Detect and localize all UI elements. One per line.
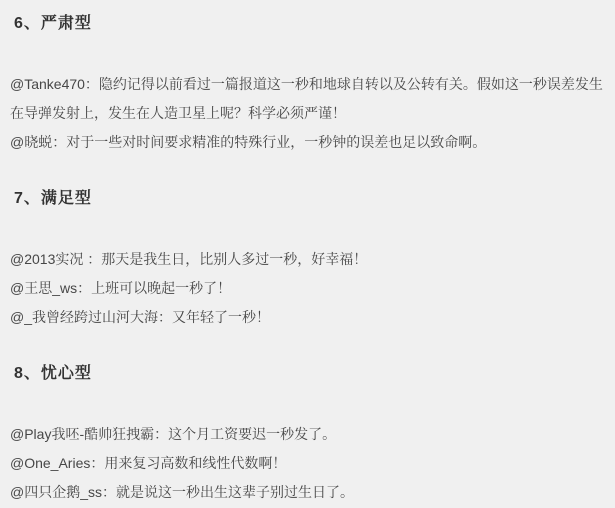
comment-shanhedahai: @_我曾经跨过山河大海：又年轻了一秒！ (10, 303, 605, 332)
comment-tanke470: @Tanke470：隐约记得以前看过一篇报道这一秒和地球自转以及公转有关。假如这… (10, 70, 605, 128)
comment-wangsi-ws: @王思_ws：上班可以晚起一秒了！ (10, 274, 605, 303)
section-heading-satisfied: 7、满足型 (14, 189, 605, 209)
section-worried: 8、忧心型 @Play我呸-酷帅狂拽霸：这个月工资要迟一秒发了。 @One_Ar… (10, 364, 605, 507)
comment-play-kushuai: @Play我呸-酷帅狂拽霸：这个月工资要迟一秒发了。 (10, 420, 605, 449)
section-heading-worried: 8、忧心型 (14, 364, 605, 384)
comment-sizhiqie-ss: @四只企鹅_ss：就是说这一秒出生这辈子别过生日了。 (10, 478, 605, 507)
comment-xiaotui: @晓蜕：对于一些对时间要求精准的特殊行业，一秒钟的误差也足以致命啊。 (10, 128, 605, 157)
section-satisfied: 7、满足型 @2013实况 ：那天是我生日，比别人多过一秒，好幸福！ @王思_w… (10, 189, 605, 332)
section-serious: 6、严肃型 @Tanke470：隐约记得以前看过一篇报道这一秒和地球自转以及公转… (10, 14, 605, 157)
article-page: 6、严肃型 @Tanke470：隐约记得以前看过一篇报道这一秒和地球自转以及公转… (0, 0, 615, 508)
comment-one-aries: @One_Aries：用来复习高数和线性代数啊！ (10, 449, 605, 478)
comment-2013shikuang: @2013实况 ：那天是我生日，比别人多过一秒，好幸福！ (10, 245, 605, 274)
section-heading-serious: 6、严肃型 (14, 14, 605, 34)
